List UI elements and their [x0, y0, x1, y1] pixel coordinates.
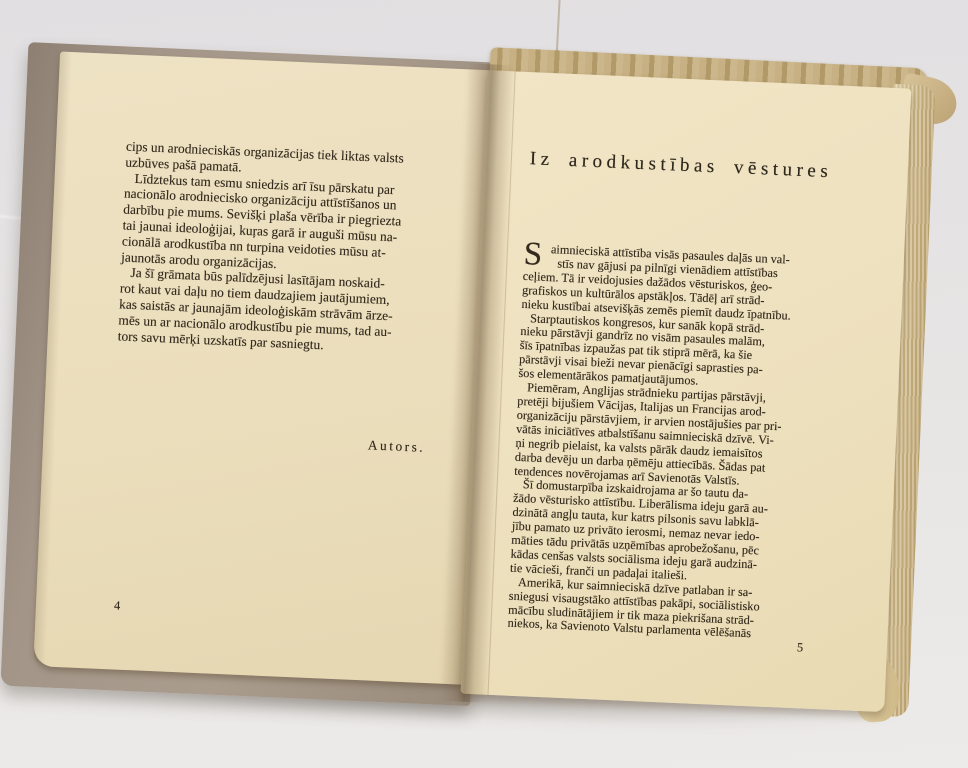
chapter-heading: Iz arodkustības vēstures — [529, 148, 832, 183]
author-signature: Autors. — [113, 426, 469, 457]
backdrop-wall: cips un arodnieciskās organizācijas tiek… — [0, 0, 968, 768]
left-page-number: 4 — [114, 598, 121, 613]
left-page: cips un arodnieciskās organizācijas tiek… — [33, 52, 499, 686]
signature-wrap: Autors. — [113, 426, 469, 457]
open-book: cips un arodnieciskās organizācijas tiek… — [0, 20, 961, 750]
right-page-text: aimnieciskā attīstība visās pasaules daļ… — [507, 242, 858, 646]
right-page: Iz arodkustības vēstures S aimnieciskā a… — [461, 70, 912, 712]
right-page-number: 5 — [797, 640, 804, 655]
left-page-text: cips un arodnieciskās organizācijas tiek… — [117, 139, 482, 360]
